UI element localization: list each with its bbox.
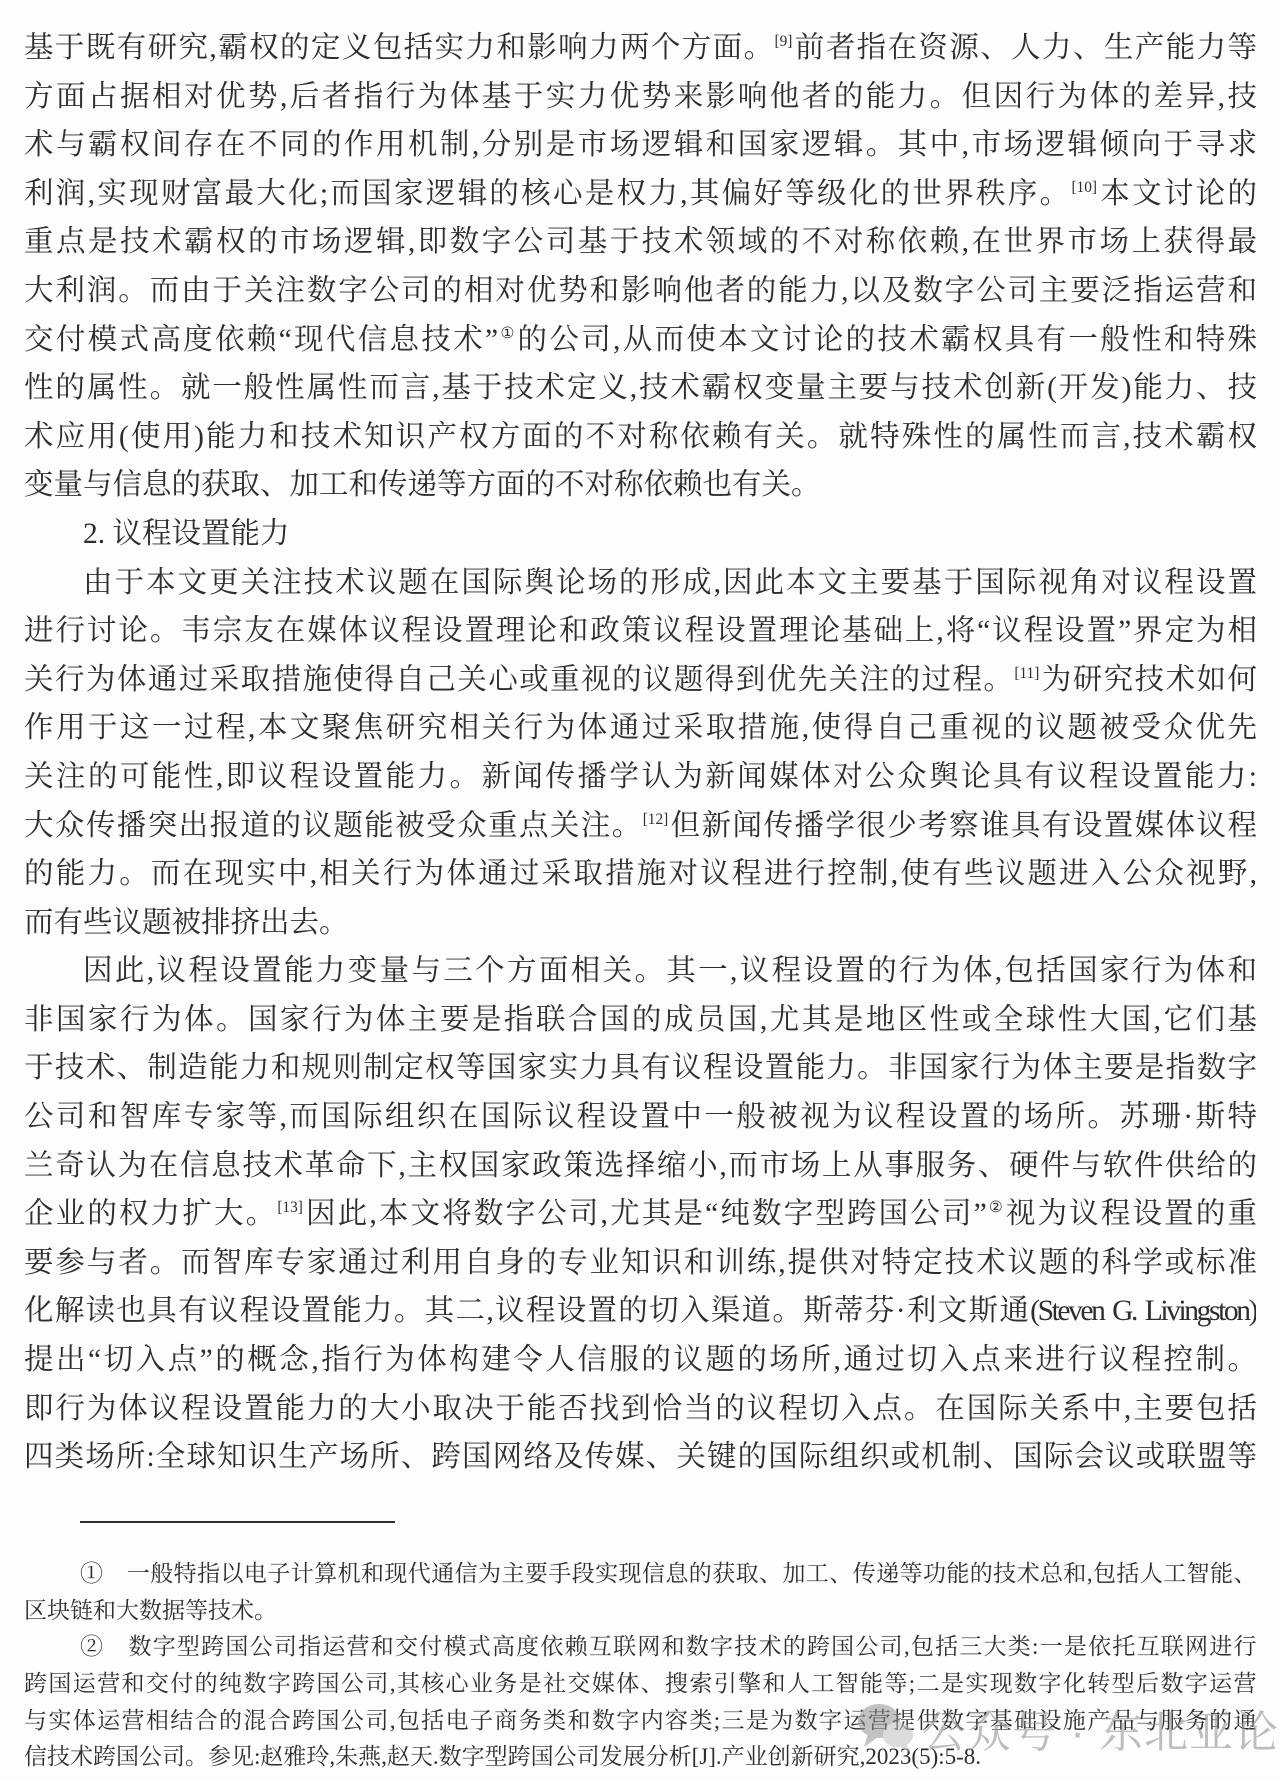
footnote-line: 跨国运营和交付的纯数字跨国公司,其核心业务是社交媒体、搜索引擎和人工智能等;二是… xyxy=(24,1666,1256,1703)
text-line: 非国家行为体。国家行为体主要是指联合国的成员国,尤其是地区性或全球性大国,它们基 xyxy=(24,996,1256,1045)
footnote-ref: [10] xyxy=(1071,179,1097,196)
footnotes: ① 一般特指以电子计算机和现代通信为主要手段实现信息的获取、加工、传递等功能的技… xyxy=(24,1556,1256,1776)
text-line: 兰奇认为在信息技术革命下,主权国家政策选择缩小,而市场上从事服务、硬件与软件供给… xyxy=(24,1142,1256,1191)
text-line: 关注的可能性,即议程设置能力。新闻传播学认为新闻媒体对公众舆论具有议程设置能力: xyxy=(24,753,1256,802)
text-line: 进行讨论。韦宗友在媒体议程设置理论和政策议程设置理论基础上,将“议程设置”界定为… xyxy=(24,607,1256,656)
footnote-line: 信技术跨国公司。参见:赵雅玲,朱燕,赵天.数字型跨国公司发展分析[J].产业创新… xyxy=(24,1739,1256,1776)
text-line: 重点是技术霸权的市场逻辑,即数字公司基于技术领域的不对称依赖,在世界市场上获得最 xyxy=(24,218,1256,267)
text-line: 大众传播突出报道的议题能被受众重点关注。[12]但新闻传播学很少考察谁具有设置媒… xyxy=(24,802,1256,851)
article-body: 基于既有研究,霸权的定义包括实力和影响力两个方面。[9]前者指在资源、人力、生产… xyxy=(24,24,1256,1482)
footnote-line: 区块链和大数据等技术。 xyxy=(24,1593,1256,1630)
section-heading: 2. 议程设置能力 xyxy=(24,510,1256,559)
text-line: 化解读也具有议程设置能力。其二,议程设置的切入渠道。斯蒂芬·利文斯通(Steve… xyxy=(24,1287,1256,1336)
footnote-ref: [9] xyxy=(775,33,793,50)
text-line: 术应用(使用)能力和技术知识产权方面的不对称依赖有关。就特殊性的属性而言,技术霸… xyxy=(24,413,1256,462)
text-line: 因此,议程设置能力变量与三个方面相关。其一,议程设置的行为体,包括国家行为体和 xyxy=(24,947,1256,996)
text-line: 提出“切入点”的概念,指行为体构建令人信服的议题的场所,通过切入点来进行议程控制… xyxy=(24,1336,1256,1385)
text-line: 变量与信息的获取、加工和传递等方面的不对称依赖也有关。 xyxy=(24,461,1256,510)
footnote-ref: [12] xyxy=(643,811,669,828)
text-line: 术与霸权间存在不同的作用机制,分别是市场逻辑和国家逻辑。其中,市场逻辑倾向于寻求 xyxy=(24,121,1256,170)
text-line: 交付模式高度依赖“现代信息技术”①的公司,从而使本文讨论的技术霸权具有一般性和特… xyxy=(24,316,1256,365)
text-line: 要参与者。而智库专家通过利用自身的专业知识和训练,提供对特定技术议题的科学或标准 xyxy=(24,1239,1256,1288)
text-line: 利润,实现财富最大化;而国家逻辑的核心是权力,其偏好等级化的世界秩序。[10]本… xyxy=(24,170,1256,219)
text-line: 即行为体议程设置能力的大小取决于能否找到恰当的议程切入点。在国际关系中,主要包括 xyxy=(24,1385,1256,1434)
text-line: 而有些议题被排挤出去。 xyxy=(24,899,1256,948)
footnote-ref: ② xyxy=(986,1199,1006,1216)
text-line: 的能力。而在现实中,相关行为体通过采取措施对议程进行控制,使有些议题进入公众视野… xyxy=(24,850,1256,899)
footnote-ref: [13] xyxy=(277,1199,303,1216)
text-line: 基于既有研究,霸权的定义包括实力和影响力两个方面。[9]前者指在资源、人力、生产… xyxy=(24,24,1256,73)
text-line: 关行为体通过采取措施使得自己关心或重视的议题得到优先关注的过程。[11]为研究技… xyxy=(24,656,1256,705)
text-line: 性的属性。就一般性属性而言,基于技术定义,技术霸权变量主要与技术创新(开发)能力… xyxy=(24,364,1256,413)
text-line: 企业的权力扩大。[13]因此,本文将数字公司,尤其是“纯数字型跨国公司”②视为议… xyxy=(24,1190,1256,1239)
document-page: 基于既有研究,霸权的定义包括实力和影响力两个方面。[9]前者指在资源、人力、生产… xyxy=(0,0,1280,1780)
footnote-line: 与实体运营相结合的混合跨国公司,包括电子商务类和数字内容类;三是为数字运营提供数… xyxy=(24,1703,1256,1740)
text-line: 由于本文更关注技术议题在国际舆论场的形成,因此本文主要基于国际视角对议程设置 xyxy=(24,559,1256,608)
footnote-ref: [11] xyxy=(1014,665,1039,682)
text-line: 大利润。而由于关注数字公司的相对优势和影响他者的能力,以及数字公司主要泛指运营和 xyxy=(24,267,1256,316)
footnote-line: ② 数字型跨国公司指运营和交付模式高度依赖互联网和数字技术的跨国公司,包括三大类… xyxy=(24,1629,1256,1666)
text-line: 于技术、制造能力和规则制定权等国家实力具有议程设置能力。非国家行为体主要是指数字 xyxy=(24,1044,1256,1093)
footnote-divider xyxy=(80,1521,395,1523)
footnote-line: ① 一般特指以电子计算机和现代通信为主要手段实现信息的获取、加工、传递等功能的技… xyxy=(24,1556,1256,1593)
text-line: 方面占据相对优势,后者指行为体基于实力优势来影响他者的能力。但因行为体的差异,技 xyxy=(24,73,1256,122)
text-line: 作用于这一过程,本文聚焦研究相关行为体通过采取措施,使得自己重视的议题被受众优先 xyxy=(24,704,1256,753)
text-line: 四类场所:全球知识生产场所、跨国网络及传媒、关键的国际组织或机制、国际会议或联盟… xyxy=(24,1433,1256,1482)
text-line: 公司和智库专家等,而国际组织在国际议程设置中一般被视为议程设置的场所。苏珊·斯特 xyxy=(24,1093,1256,1142)
footnote-ref: ① xyxy=(497,325,517,342)
